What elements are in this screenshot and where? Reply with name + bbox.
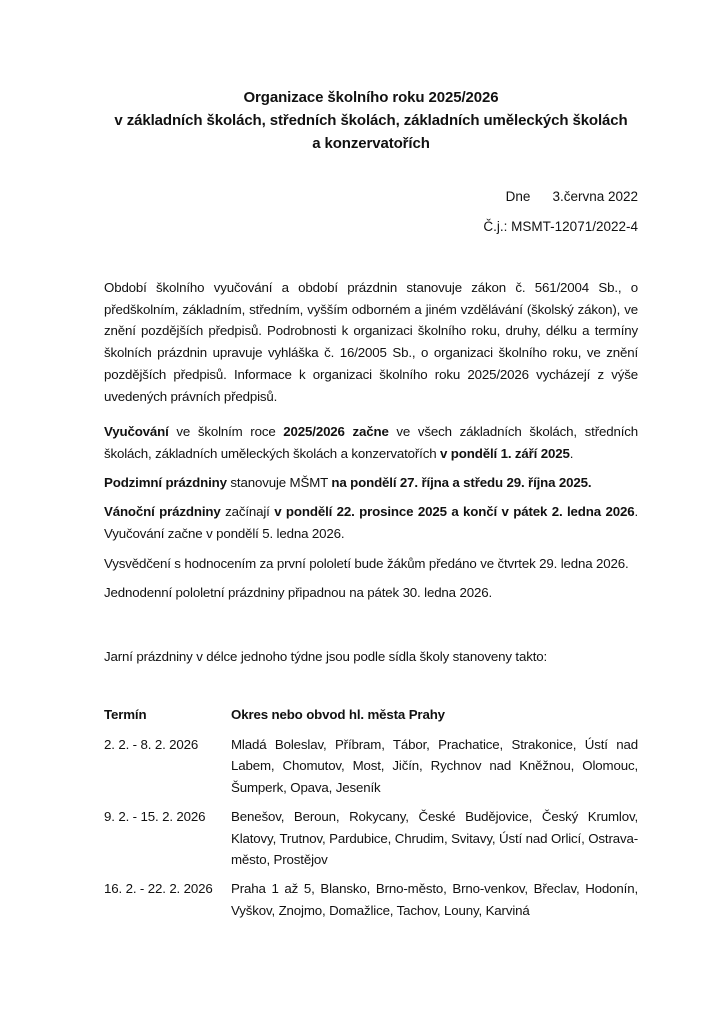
school-start-t1: ve školním roce <box>169 424 284 439</box>
table-header-row: Termín Okres nebo obvod hl. města Prahy <box>104 704 638 726</box>
table-row: 16. 2. - 22. 2. 2026 Praha 1 až 5, Blans… <box>104 878 638 921</box>
school-start-b2: 2025/2026 začne <box>283 424 388 439</box>
spring-break-table: Termín Okres nebo obvod hl. města Prahy … <box>104 704 638 928</box>
row-term: 9. 2. - 15. 2. 2026 <box>104 806 231 871</box>
row-districts: Benešov, Beroun, Rokycany, České Budějov… <box>231 806 638 871</box>
school-start-b1: Vyučování <box>104 424 169 439</box>
title-line-2: v základních školách, středních školách,… <box>104 109 638 132</box>
document-title: Organizace školního roku 2025/2026 v zák… <box>104 86 638 155</box>
school-start-b3: v pondělí 1. září 2025 <box>440 446 570 461</box>
autumn-break-b2: na pondělí 27. října a středu 29. října … <box>331 475 591 490</box>
header-term: Termín <box>104 704 231 726</box>
reference-number: Č.j.: MSMT-12071/2022-4 <box>483 219 638 234</box>
half-year-break-paragraph: Jednodenní pololetní prázdniny připadnou… <box>104 582 638 604</box>
autumn-break-paragraph: Podzimní prázdniny stanovuje MŠMT na pon… <box>104 472 638 494</box>
row-term: 16. 2. - 22. 2. 2026 <box>104 878 231 921</box>
intro-paragraph: Období školního vyučování a období prázd… <box>104 277 638 407</box>
date-label: Dne <box>506 189 531 204</box>
christmas-break-t1: začínají <box>221 504 275 519</box>
header-district: Okres nebo obvod hl. města Prahy <box>231 704 638 726</box>
christmas-break-b2: v pondělí 22. prosince 2025 a končí v pá… <box>274 504 634 519</box>
title-line-1: Organizace školního roku 2025/2026 <box>104 86 638 109</box>
row-districts: Praha 1 až 5, Blansko, Brno-město, Brno-… <box>231 878 638 921</box>
autumn-break-t1: stanovuje MŠMT <box>227 475 332 490</box>
row-districts: Mladá Boleslav, Příbram, Tábor, Prachati… <box>231 734 638 799</box>
school-start-paragraph: Vyučování ve školním roce 2025/2026 začn… <box>104 421 638 464</box>
christmas-break-paragraph: Vánoční prázdniny začínají v pondělí 22.… <box>104 501 638 544</box>
row-term: 2. 2. - 8. 2. 2026 <box>104 734 231 799</box>
title-line-3: a konzervatořích <box>104 132 638 155</box>
spring-break-intro: Jarní prázdniny v délce jednoho týdne js… <box>104 646 638 668</box>
autumn-break-b1: Podzimní prázdniny <box>104 475 227 490</box>
date-value: 3.června 2022 <box>552 189 638 204</box>
school-start-t3: . <box>570 446 574 461</box>
table-row: 2. 2. - 8. 2. 2026 Mladá Boleslav, Příbr… <box>104 734 638 799</box>
table-row: 9. 2. - 15. 2. 2026 Benešov, Beroun, Rok… <box>104 806 638 871</box>
document-date: Dne3.června 2022 <box>506 189 638 204</box>
report-card-paragraph: Vysvědčení s hodnocením za první pololet… <box>104 553 638 575</box>
christmas-break-b1: Vánoční prázdniny <box>104 504 221 519</box>
